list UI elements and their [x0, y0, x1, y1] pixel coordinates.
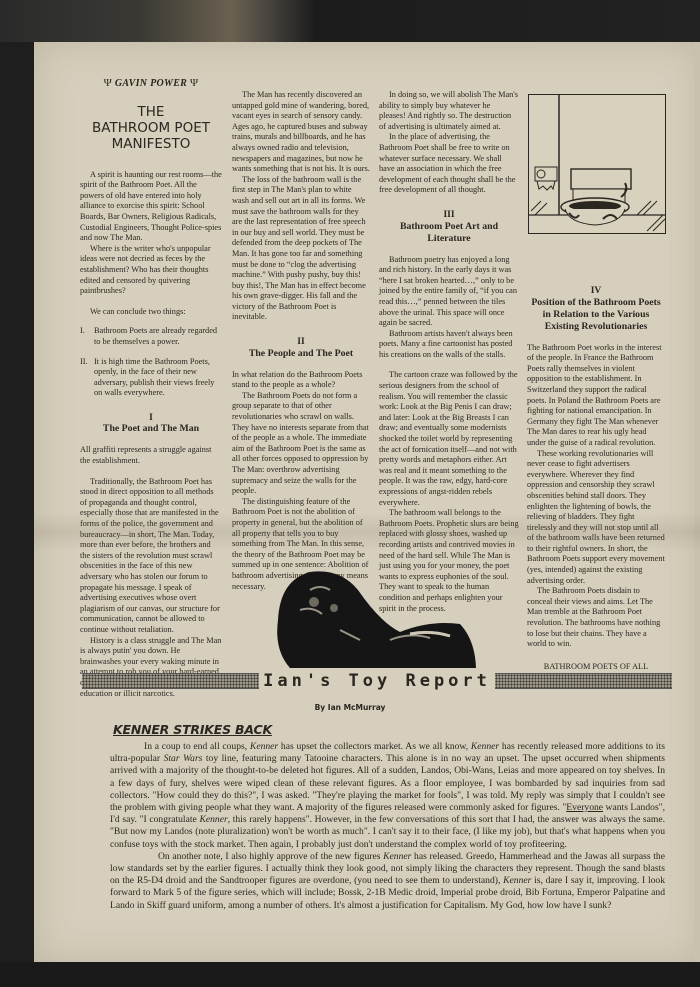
- darth-vader-helmet-photo: [270, 560, 482, 668]
- banner-pattern-right: [495, 673, 672, 689]
- report-byline: By Ian McMurray: [0, 703, 700, 712]
- author-name: GAVIN POWER: [115, 78, 187, 89]
- paragraph: The Man has recently discovered an untap…: [232, 90, 370, 175]
- manifesto-column-3: In doing so, we will abolish The Man's a…: [379, 90, 519, 614]
- section-number: III: [379, 210, 519, 221]
- list-item: II. It is high time the Bathroom Poets, …: [80, 357, 222, 399]
- paragraph: We can conclude two things:: [80, 307, 222, 318]
- section-title: Position of the Bathroom Poets in Relati…: [527, 297, 665, 333]
- paragraph: In what relation do the Bathroom Poets s…: [232, 370, 370, 391]
- toy-report-body: In a coup to end all coups, Kenner has u…: [110, 741, 665, 912]
- vader-helmet-icon: [270, 560, 482, 668]
- paragraph: The Bathroom Poet works in the interest …: [527, 343, 665, 449]
- section-title: Bathroom Poet Art and Literature: [379, 221, 519, 245]
- section-number: I: [80, 413, 222, 424]
- paragraph: Traditionally, the Bathroom Poet has sto…: [80, 477, 222, 636]
- psi-symbol-icon: Ψ: [190, 77, 198, 89]
- paragraph: The loss of the bathroom wall is the fir…: [232, 175, 370, 323]
- paragraph: The Bathroom Poets do not form a group s…: [232, 391, 370, 497]
- paragraph: Where is the writer who's unpopular idea…: [80, 244, 222, 297]
- toilet-cartoon-illustration: [528, 94, 666, 234]
- list-item: I. Bathroom Poets are already regarded t…: [80, 326, 222, 347]
- paragraph: In a coup to end all coups, Kenner has u…: [110, 741, 665, 851]
- paragraph: These working revolutionaries will never…: [527, 449, 665, 587]
- paragraph: In doing so, we will abolish The Man's a…: [379, 90, 519, 132]
- toy-report-banner: Ian's Toy Report: [82, 670, 672, 692]
- scan-bottom-border: [0, 962, 700, 987]
- section-title: The People and The Poet: [232, 348, 370, 360]
- paragraph: Bathroom poetry has enjoyed a long and r…: [379, 255, 519, 329]
- manifesto-column-4: IV Position of the Bathroom Poets in Rel…: [527, 286, 665, 683]
- paragraph: The Bathroom Poets disdain to conceal th…: [527, 586, 665, 650]
- author-byline: Ψ GAVIN POWER Ψ: [80, 78, 222, 90]
- psi-symbol-icon: Ψ: [104, 77, 112, 89]
- scan-top-border: [0, 0, 700, 42]
- report-headline: KENNER STRIKES BACK: [113, 722, 272, 737]
- paragraph: In the place of advertising, the Bathroo…: [379, 132, 519, 196]
- paragraph: The cartoon craze was followed by the se…: [379, 370, 519, 508]
- paragraph: Bathroom artists haven't always been poe…: [379, 329, 519, 361]
- page-edge: [694, 42, 700, 962]
- banner-pattern-left: [82, 673, 259, 689]
- paragraph: All graffiti represents a struggle again…: [80, 445, 222, 466]
- manifesto-column-2: The Man has recently discovered an untap…: [232, 90, 370, 592]
- section-number: II: [232, 337, 370, 348]
- section-number: IV: [527, 286, 665, 297]
- toilet-icon: [529, 95, 665, 233]
- section-title: The Poet and The Man: [80, 423, 222, 435]
- manifesto-column-1: Ψ GAVIN POWER Ψ THE BATHROOM POET MANIFE…: [80, 76, 222, 699]
- paragraph: A spirit is haunting our rest rooms—the …: [80, 170, 222, 244]
- banner-title: Ian's Toy Report: [259, 671, 495, 691]
- paragraph: On another note, I also highly approve o…: [110, 851, 665, 912]
- manifesto-title: THE BATHROOM POET MANIFESTO: [80, 104, 222, 152]
